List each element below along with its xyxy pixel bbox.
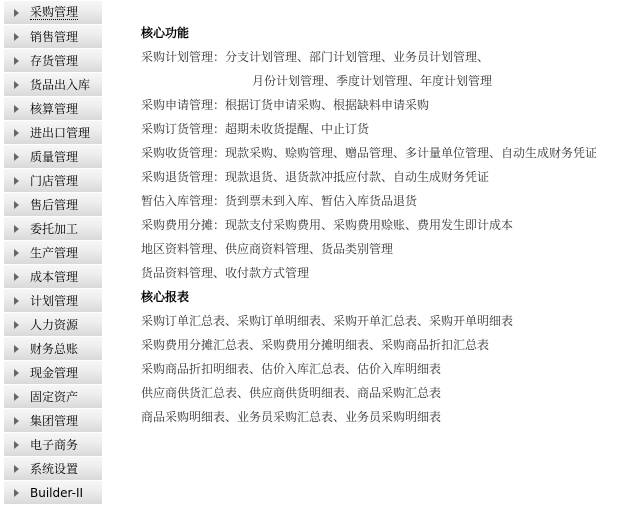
sidebar-item-inventory[interactable]: 存货管理: [4, 49, 102, 72]
sidebar-item-label: 成本管理: [30, 268, 78, 285]
sidebar-item-label: 系统设置: [30, 460, 78, 477]
feature-line: 货品资料管理、收付款方式管理: [141, 264, 621, 288]
sidebar-item-label: Builder-II: [30, 486, 83, 500]
sidebar-item-label: 核算管理: [30, 100, 78, 117]
sidebar-item-label: 货品出入库: [30, 76, 90, 93]
sidebar-item-fixed-assets[interactable]: 固定资产: [4, 385, 102, 408]
feature-line: 采购计划管理：分支计划管理、部门计划管理、业务员计划管理、: [141, 48, 621, 72]
sidebar-item-hr[interactable]: 人力资源: [4, 313, 102, 336]
sidebar-item-stock-in-out[interactable]: 货品出入库: [4, 73, 102, 96]
arrow-right-icon: [14, 33, 19, 41]
section-title-core-reports: 核心报表: [141, 288, 621, 312]
report-line: 采购订单汇总表、采购订单明细表、采购开单汇总表、采购开单明细表: [141, 312, 621, 336]
arrow-right-icon: [14, 153, 19, 161]
arrow-right-icon: [14, 273, 19, 281]
sidebar-item-label: 售后管理: [30, 196, 78, 213]
sidebar-item-after-sales[interactable]: 售后管理: [4, 193, 102, 216]
sidebar-item-cash[interactable]: 现金管理: [4, 361, 102, 384]
feature-line: 地区资料管理、供应商资料管理、货品类别管理: [141, 240, 621, 264]
sidebar-item-label: 固定资产: [30, 388, 78, 405]
arrow-right-icon: [14, 489, 19, 497]
sidebar-item-store[interactable]: 门店管理: [4, 169, 102, 192]
arrow-right-icon: [14, 81, 19, 89]
sidebar-item-ecommerce[interactable]: 电子商务: [4, 433, 102, 456]
report-line: 供应商供货汇总表、供应商供货明细表、商品采购汇总表: [141, 384, 621, 408]
sidebar-item-label: 进出口管理: [30, 124, 90, 141]
sidebar-item-label: 存货管理: [30, 52, 78, 69]
sidebar-item-general-ledger[interactable]: 财务总账: [4, 337, 102, 360]
sidebar-item-cost[interactable]: 成本管理: [4, 265, 102, 288]
arrow-right-icon: [14, 393, 19, 401]
arrow-right-icon: [14, 345, 19, 353]
sidebar-item-label: 财务总账: [30, 340, 78, 357]
sidebar-item-accounting[interactable]: 核算管理: [4, 97, 102, 120]
arrow-right-icon: [14, 177, 19, 185]
sidebar-item-label: 委托加工: [30, 220, 78, 237]
arrow-right-icon: [14, 225, 19, 233]
feature-line: 采购订货管理：超期未收货提醒、中止订货: [141, 120, 621, 144]
sidebar-item-sales[interactable]: 销售管理: [4, 25, 102, 48]
sidebar-item-label: 销售管理: [30, 28, 78, 45]
arrow-right-icon: [14, 417, 19, 425]
sidebar-item-group[interactable]: 集团管理: [4, 409, 102, 432]
sidebar-item-quality[interactable]: 质量管理: [4, 145, 102, 168]
arrow-right-icon: [14, 321, 19, 329]
feature-line: 采购收货管理：现款采购、赊购管理、赠品管理、多计量单位管理、自动生成财务凭证: [141, 144, 621, 168]
arrow-right-icon: [14, 369, 19, 377]
sidebar-item-outsourcing[interactable]: 委托加工: [4, 217, 102, 240]
sidebar-item-label: 采购管理: [30, 6, 78, 20]
sidebar-item-label: 计划管理: [30, 292, 78, 309]
sidebar-item-import-export[interactable]: 进出口管理: [4, 121, 102, 144]
arrow-right-icon: [14, 441, 19, 449]
sidebar-item-label: 现金管理: [30, 364, 78, 381]
section-title-core-functions: 核心功能: [141, 24, 621, 48]
arrow-right-icon: [14, 249, 19, 257]
sidebar-item-label: 生产管理: [30, 244, 78, 261]
report-line: 采购费用分摊汇总表、采购费用分摊明细表、采购商品折扣汇总表: [141, 336, 621, 360]
sidebar-item-label: 人力资源: [30, 316, 78, 333]
sidebar-nav: 采购管理 销售管理 存货管理 货品出入库 核算管理 进出口管理 质量管理 门店管…: [4, 1, 102, 505]
feature-line: 采购退货管理：现款退货、退货款冲抵应付款、自动生成财务凭证: [141, 168, 621, 192]
arrow-right-icon: [14, 201, 19, 209]
arrow-right-icon: [14, 105, 19, 113]
arrow-right-icon: [14, 129, 19, 137]
report-line: 商品采购明细表、业务员采购汇总表、业务员采购明细表: [141, 408, 621, 432]
sidebar-item-builder[interactable]: Builder-II: [4, 481, 102, 504]
sidebar-item-purchase[interactable]: 采购管理: [4, 1, 102, 24]
sidebar-item-label: 质量管理: [30, 148, 78, 165]
arrow-right-icon: [14, 297, 19, 305]
sidebar-item-label: 集团管理: [30, 412, 78, 429]
arrow-right-icon: [14, 465, 19, 473]
arrow-right-icon: [14, 9, 19, 17]
feature-line: 暂估入库管理：货到票未到入库、暂估入库货品退货: [141, 192, 621, 216]
sidebar-item-planning[interactable]: 计划管理: [4, 289, 102, 312]
sidebar-item-production[interactable]: 生产管理: [4, 241, 102, 264]
arrow-right-icon: [14, 57, 19, 65]
feature-line: 采购费用分摊：现款支付采购费用、采购费用赊账、费用发生即计成本: [141, 216, 621, 240]
sidebar-item-label: 电子商务: [30, 436, 78, 453]
sidebar-item-label: 门店管理: [30, 172, 78, 189]
main-content: 核心功能 采购计划管理：分支计划管理、部门计划管理、业务员计划管理、 月份计划管…: [141, 24, 621, 432]
feature-line: 月份计划管理、季度计划管理、年度计划管理: [141, 72, 621, 96]
sidebar-item-system-settings[interactable]: 系统设置: [4, 457, 102, 480]
feature-line: 采购申请管理：根据订货申请采购、根据缺料申请采购: [141, 96, 621, 120]
report-line: 采购商品折扣明细表、估价入库汇总表、估价入库明细表: [141, 360, 621, 384]
